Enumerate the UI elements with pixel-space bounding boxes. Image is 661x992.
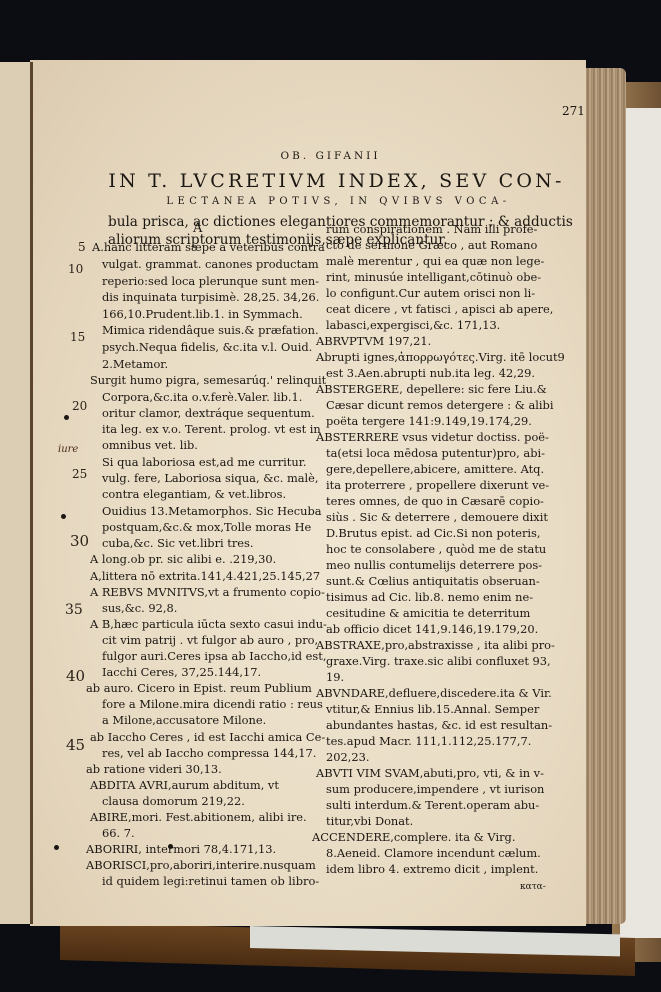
line-number: 40	[66, 667, 85, 685]
section-letter: A	[193, 222, 202, 237]
index-line: vtitur,& Ennius lib.15.Annal. Semper	[326, 702, 539, 716]
folio-number: 271	[562, 104, 585, 119]
index-line: teres omnes, de quo in Cæsarē copio-	[326, 494, 544, 508]
index-line: ABRVPTVM 197,21.	[316, 334, 431, 348]
index-line: sus,&c. 92,8.	[102, 601, 177, 615]
line-number: 10	[68, 262, 83, 276]
index-line: ita leg. ex v.o. Terent. prolog. vt est …	[102, 422, 321, 436]
index-line: vulgat. grammat. canones productam	[102, 257, 319, 271]
index-line: Si qua laboriosa est,ad me curritur.	[102, 455, 307, 469]
index-line: oritur clamor, dextráque sequentum.	[102, 406, 315, 420]
index-line: Iacchi Ceres, 37,25.144,17.	[102, 665, 261, 679]
line-number: 15	[70, 330, 85, 344]
index-line: fore a Milone.mira dicendi ratio : reus	[102, 697, 323, 711]
index-line: rint, minusúe intelligant,cōtinuò obe-	[326, 270, 541, 284]
index-line: ABDITA AVRI,aurum abditum, vt	[90, 778, 279, 792]
index-line: ab auro. Cicero in Epist. reum Publium	[86, 681, 312, 695]
index-line: postquam,&c.& mox,Tolle moras He	[102, 520, 311, 534]
catchword: κατα-	[520, 880, 546, 895]
index-line: graxe.Virg. traxe.sic alibi confluxet 93…	[326, 654, 551, 668]
line-number: 25	[72, 467, 87, 481]
index-line: tes.apud Macr. 111,1.112,25.177,7.	[326, 734, 531, 748]
index-line: 66. 7.	[102, 826, 135, 840]
line-number: 20	[72, 399, 87, 413]
index-line: omnibus vet. lib.	[102, 438, 198, 452]
index-line: Corpora,&c.ita o.v.ferè.Valer. lib.1.	[102, 390, 302, 404]
index-line: ita proterrere , propellere dixerunt ve-	[326, 478, 549, 492]
index-line: malè merentur , qui ea quæ non lege-	[326, 254, 544, 268]
flyleaf	[620, 108, 661, 938]
margin-annotation: iure	[58, 444, 78, 455]
index-line: psych.Nequa fidelis, &c.ita v.l. Ouid.	[102, 340, 312, 354]
index-line: sum producere,impendere , vt iurison	[326, 782, 544, 796]
title-line-2: LECTANEA POTIVS, IN QVIBVS VOCA-	[8, 196, 661, 207]
index-line: ABSTERRERE vsus videtur doctiss. poë-	[316, 430, 549, 444]
index-line: A long.ob pr. sic alibi e. .219,30.	[90, 552, 276, 566]
index-line: ABSTRAXE,pro,abstraxisse , ita alibi pro…	[316, 638, 555, 652]
index-line: hoc te consolabere , quòd me de statu	[326, 542, 546, 556]
author-line: OB. GIFANII	[0, 150, 661, 162]
index-line: res, vel ab Iaccho compressa 144,17.	[102, 746, 316, 760]
index-line: A B,hæc particula iūcta sexto casui indu…	[90, 617, 327, 631]
index-line: vulg. fere, Laboriosa siqua, &c. malè,	[102, 471, 319, 485]
index-line: ABVTI VIM SVAM,abuti,pro, vti, & in v-	[316, 766, 544, 780]
index-line: Mimica ridendâque suis.& præfation.	[102, 323, 319, 337]
index-line: rum conspirationem . Nam illi profe-	[326, 222, 537, 236]
index-line: tisimus ad Cic. lib.8. nemo enim ne-	[326, 590, 533, 604]
index-line: ABORIRI, intermori 78,4.171,13.	[86, 842, 276, 856]
index-line: sunt.& Cœlius antiquitatis obseruan-	[326, 574, 540, 588]
index-line: 202,23.	[326, 750, 369, 764]
index-line: ceat dicere , vt fatisci , apisci ab ape…	[326, 302, 553, 316]
index-line: siùs . Sic & deterrere , demouere dixit	[326, 510, 548, 524]
index-line: a Milone,accusatore Milone.	[102, 713, 266, 727]
book-photo: 271 OB. GIFANII IN T. LVCRETIVM INDEX, S…	[0, 0, 661, 992]
index-line: ab officio dicet 141,9.146,19.179,20.	[326, 622, 538, 636]
index-line: ABORISCI,pro,aboriri,interire.nusquam	[86, 858, 316, 872]
index-line: 8.Aeneid. Clamore incendunt cælum.	[326, 846, 541, 860]
index-line: cuba,&c. Sic vet.libri tres.	[102, 536, 254, 550]
index-line: 2.Metamor.	[102, 357, 168, 371]
index-line: ABVNDARE,defluere,discedere.ita & Vir.	[316, 686, 552, 700]
index-line: sulti interdum.& Terent.operam abu-	[326, 798, 539, 812]
line-number: 30	[70, 532, 89, 550]
index-line: A.hanc litteram sæpe à veteribus contra	[92, 240, 325, 254]
index-line: ta(etsi loca mēdosa putentur)pro, abi-	[326, 446, 545, 460]
index-line: Abrupti ignes,ἀπορρωγότες.Virg. itē locu…	[316, 350, 565, 364]
index-line: meo nullis contumelijs deterrere pos-	[326, 558, 542, 572]
index-line: dis inquinata turpisimè. 28,25. 34,26.	[102, 290, 319, 304]
index-line: ab ratione videri 30,13.	[86, 762, 222, 776]
index-line: A,littera nō extrita.141,4.421,25.145,27	[90, 569, 320, 583]
line-number: 45	[66, 736, 85, 754]
index-line: abundantes hastas, &c. id est resultan-	[326, 718, 552, 732]
ink-dot	[61, 514, 66, 519]
line-number: 5	[78, 240, 86, 254]
index-line: reperio:sed loca plerunque sunt men-	[102, 274, 319, 288]
index-line: ab Iaccho Ceres , id est Iacchi amica Ce…	[90, 730, 325, 744]
index-line: labasci,expergisci,&c. 171,13.	[326, 318, 500, 332]
index-line: lo configunt.Cur autem orisci non li-	[326, 286, 535, 300]
ink-dot	[54, 845, 59, 850]
index-line: cit vim patrij . vt fulgor ab auro , pro…	[102, 633, 318, 647]
index-line: D.Brutus epist. ad Cic.Si non poteris,	[326, 526, 541, 540]
title-line-1: IN T. LVCRETIVM INDEX, SEV CON-	[6, 170, 661, 192]
index-line: titur,vbi Donat.	[326, 814, 413, 828]
ink-dot	[64, 415, 69, 420]
index-line: Surgit humo pigra, semesarúq.' relinquit	[90, 373, 326, 387]
index-line: ctò de sermone Græco , aut Romano	[326, 238, 537, 252]
index-line: poëta tergere 141:9.149,19.174,29.	[326, 414, 532, 428]
index-line: 166,10.Prudent.lib.1. in Symmach.	[102, 307, 303, 321]
index-line: Cæsar dicunt remos detergere : & alibi	[326, 398, 554, 412]
index-line: est 3.Aen.abrupti nub.ita leg. 42,29.	[326, 366, 535, 380]
index-line: Ouidius 13.Metamorphos. Sic Hecuba	[102, 504, 322, 518]
index-line: contra elegantiam, & vet.libros.	[102, 487, 286, 501]
index-line: 19.	[326, 670, 344, 684]
index-line: cesitudine & amicitia te deterritum	[326, 606, 530, 620]
index-line: fulgor auri.Ceres ipsa ab Iaccho,id est,	[102, 649, 326, 663]
index-line: gere,depellere,abicere, amittere. Atq.	[326, 462, 544, 476]
index-line: ABSTERGERE, depellere: sic fere Liu.&	[316, 382, 547, 396]
index-line: ACCENDERE,complere. ita & Virg.	[312, 830, 515, 844]
index-line: ABIRE,mori. Fest.abitionem, alibi ire.	[90, 810, 307, 824]
index-line: A REBVS MVNITVS,vt a frumento copio-	[90, 585, 325, 599]
index-line: id quidem legi:retinui tamen ob libro-	[102, 874, 319, 888]
line-number: 35	[65, 602, 83, 618]
index-line: idem libro 4. extremo dicit , implent.	[326, 862, 538, 876]
index-line: clausa domorum 219,22.	[102, 794, 245, 808]
